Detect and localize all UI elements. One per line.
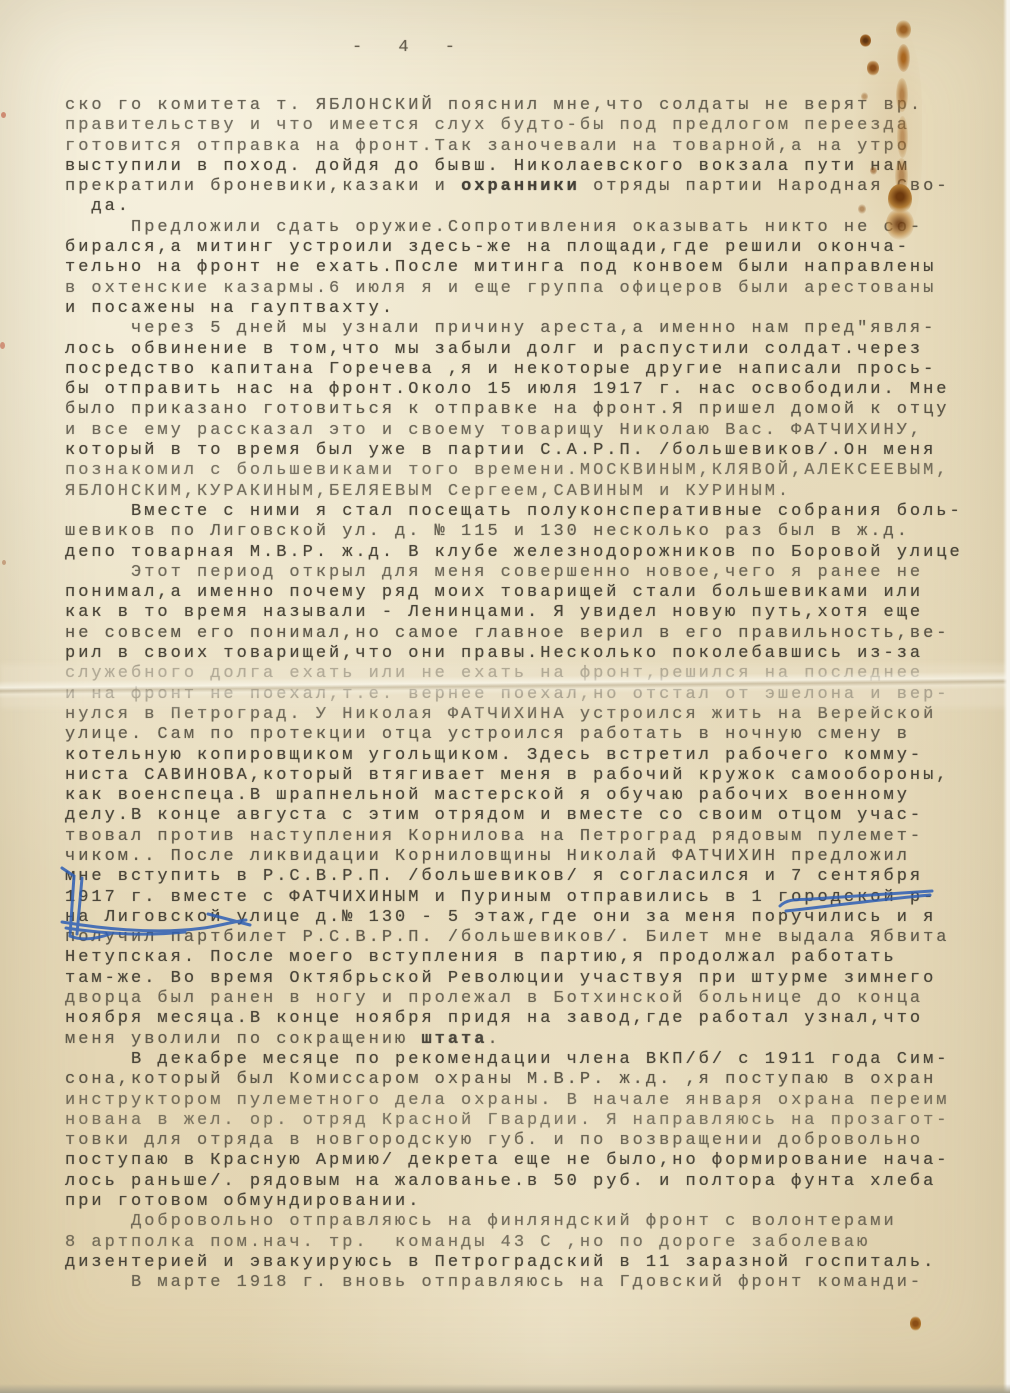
rust-stain — [860, 34, 871, 47]
text-line: депо товарная М.В.Р. ж.д. В клубе железн… — [65, 543, 995, 563]
edge-speck — [2, 560, 6, 565]
text-line: Предложили сдать оружие.Сопротивления ок… — [65, 218, 995, 238]
text-line: Вместе с ними я стал посещать полуконспе… — [65, 502, 995, 522]
text-line: сона,который был Комиссаром охраны М.В.Р… — [65, 1070, 995, 1090]
text-line: выступили в поход. дойдя до бывш. Никола… — [65, 157, 995, 177]
text-line: и посажены на гауптвахту. — [65, 299, 995, 319]
text-line: понимал,а именно почему ряд моих товарищ… — [65, 583, 995, 603]
text-line: ноября месяца.В конце ноября придя на за… — [65, 1009, 995, 1029]
text-line: получил партбилет Р.С.В.Р.П. /большевико… — [65, 928, 995, 948]
text-line: лось раньше/. рядовым на жалованье.в 50 … — [65, 1172, 995, 1192]
scan-edge-bottom — [0, 1384, 1010, 1393]
page-number: - 4 - — [352, 38, 468, 57]
text-line: В декабре месяце по рекомендации члена В… — [65, 1050, 995, 1070]
text-line: как в то время называли - Ленинцами. Я у… — [65, 603, 995, 623]
text-line: прекратили броневики,казаки и охранники … — [65, 177, 995, 197]
edge-speck — [0, 342, 5, 349]
text-line: посредство капитана Горечева ,я и некото… — [65, 360, 995, 380]
text-line: рил в своих товарищей,что они правы.Неск… — [65, 644, 995, 664]
rust-stain — [910, 1316, 921, 1331]
text-line: нована в жел. ор. отряд Красной Гвардии.… — [65, 1111, 995, 1131]
text-line: ниста САВИНОВА,который втягивает меня в … — [65, 766, 995, 786]
text-line: Этот период открыл для меня совершенно н… — [65, 563, 995, 583]
text-line: 1917 г. вместе с ФАТЧИХИНЫМ и Пуриным от… — [65, 888, 995, 908]
text-line: ско го комитета т. ЯБЛОНСКИЙ пояснил мне… — [65, 96, 995, 116]
text-line: ЯБЛОНСКИМ,КУРАКИНЫМ,БЕЛЯЕВЫМ Сергеем,САВ… — [65, 482, 995, 502]
text-line: и на фронт не поехал,т.е. вернее поехал,… — [65, 685, 995, 705]
text-line: бы отправить нас на фронт.Около 15 июля … — [65, 380, 995, 400]
text-line: правительству и что имеется слух будто-б… — [65, 116, 995, 136]
text-line: познакомил с большевиками того времени.М… — [65, 461, 995, 481]
rust-stain — [896, 20, 911, 39]
text-line: служебного долга ехать или не ехать на ф… — [65, 664, 995, 684]
text-line: там-же. Во время Октябрьской Революции у… — [65, 969, 995, 989]
text-line: инструктором пулеметного дела охраны. В … — [65, 1091, 995, 1111]
text-line: который в то время был уже в партии С.А.… — [65, 441, 995, 461]
text-line: как военспеца.В шрапнельной мастерской я… — [65, 786, 995, 806]
text-line: мне вступить в Р.С.В.Р.П. /большевиков/ … — [65, 867, 995, 887]
text-line: меня уволили по сокращению штата. — [65, 1030, 995, 1050]
text-line: тельно на фронт не ехать.После митинга п… — [65, 258, 995, 278]
text-line: чиком.. После ликвидации Корниловщины Ни… — [65, 847, 995, 867]
text-line: дизентерией и эвакуируюсь в Петроградски… — [65, 1253, 995, 1273]
text-line: поступаю в Красную Армию/ декрета еще не… — [65, 1151, 995, 1171]
scanned-page: - 4 - ско го комитета т. ЯБЛОНСКИЙ поясн… — [0, 0, 1010, 1393]
text-line: котельную копировщиком угольщиком. Здесь… — [65, 746, 995, 766]
text-line: не совсем его понимал,но самое главное в… — [65, 624, 995, 644]
text-line: лось обвинение в том,что мы забыли долг … — [65, 340, 995, 360]
text-line: бирался,а митинг устроили здесь-же на пл… — [65, 238, 995, 258]
text-line: дворца был ранен в ногу и пролежал в Бот… — [65, 989, 995, 1009]
edge-speck — [1, 112, 6, 118]
text-line: да. — [65, 197, 995, 217]
text-line: через 5 дней мы узнали причину ареста,а … — [65, 319, 995, 339]
text-line: Нетупская. После моего вступления в парт… — [65, 948, 995, 968]
scan-edge-right — [1003, 0, 1010, 1393]
rust-stain — [897, 44, 910, 72]
text-line: на Лиговской улице д.№ 130 - 5 этаж,где … — [65, 908, 995, 928]
text-line: товки для отряда в новгородскую губ. и п… — [65, 1131, 995, 1151]
text-line: делу.В конце августа с этим отрядом и вм… — [65, 806, 995, 826]
text-line: нулся в Петроград. У Николая ФАТЧИХИНА у… — [65, 705, 995, 725]
text-line: было приказано готовиться к отправке на … — [65, 400, 995, 420]
text-line: В марте 1918 г. вновь отправляюсь на Гдо… — [65, 1273, 995, 1293]
typewritten-text: ско го комитета т. ЯБЛОНСКИЙ пояснил мне… — [65, 96, 995, 1294]
text-line: в охтенские казармы.6 июля я и еще групп… — [65, 279, 995, 299]
text-line: 8 артполка пом.нач. тр. команды 43 С ,но… — [65, 1233, 995, 1253]
text-line: Добровольно отправляюсь на финляндский ф… — [65, 1212, 995, 1232]
text-line: готовится отправка на фронт.Так заночева… — [65, 137, 995, 157]
text-line: шевиков по Лиговской ул. д. № 115 и 130 … — [65, 522, 995, 542]
text-line: и все ему рассказал это и своему товарищ… — [65, 421, 995, 441]
text-line: твовал против наступления Корнилова на П… — [65, 827, 995, 847]
text-line: при готовом обмундировании. — [65, 1192, 995, 1212]
rust-stain — [867, 60, 879, 76]
text-line: улице. Сам по протекции отца устроился р… — [65, 725, 995, 745]
